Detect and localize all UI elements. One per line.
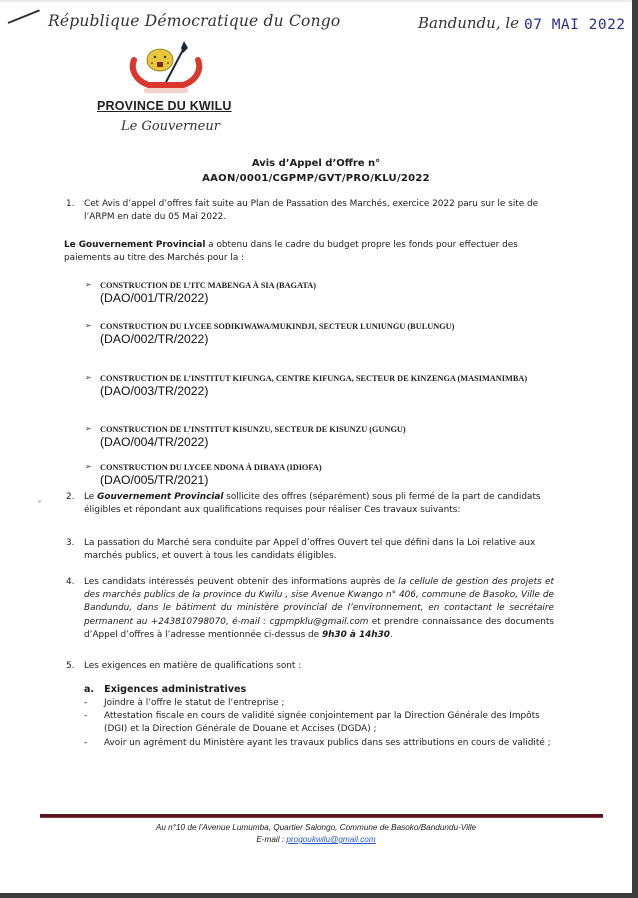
- section-1-text: Cet Avis d’appel d’offres fait suite au …: [84, 198, 554, 224]
- lot-reference: (DAO/005/TR/2021): [100, 473, 540, 488]
- section-5-text: Les exigences en matière de qualificatio…: [84, 660, 554, 673]
- lot-reference: (DAO/001/TR/2022): [100, 291, 540, 306]
- scan-speck: [38, 500, 41, 503]
- province-heading: PROVINCE DU KWILU: [97, 99, 232, 113]
- lot-item: ➢ CONSTRUCTION DU LYCEE SODIKIWAWA/MUKIN…: [100, 321, 540, 347]
- lot-reference: (DAO/002/TR/2022): [100, 332, 540, 347]
- republic-heading: République Démocratique du Congo: [48, 12, 340, 30]
- requirements-list: -Joindre à l’offre le statut de l’entrep…: [84, 697, 564, 750]
- section-4-end: .: [390, 630, 393, 640]
- lot-item: ➢ CONSTRUCTION DU LYCEE NDONA à DIBAYA (…: [100, 462, 540, 488]
- arrow-bullet-icon: ➢: [85, 424, 92, 433]
- office-hours: 9h30 à 14h30: [322, 630, 390, 640]
- viewer-frame-right: [632, 0, 638, 898]
- date-stamp: 07 MAI 2022: [524, 17, 626, 33]
- section-number: 2.: [66, 491, 74, 504]
- section-2-text: Le Gouvernement Provincial sollicite des…: [84, 491, 554, 517]
- arrow-bullet-icon: ➢: [85, 373, 92, 382]
- subsection-label: a.: [84, 684, 94, 695]
- section-2-subject: Gouvernement Provincial: [97, 492, 223, 502]
- place-label: Bandundu, le: [418, 14, 519, 32]
- subsection-title: Exigences administratives: [104, 684, 246, 695]
- section-4-text: Les candidats intéressés peuvent obtenir…: [84, 576, 554, 642]
- arrow-bullet-icon: ➢: [85, 462, 92, 471]
- lot-title: CONSTRUCTION DE L’INSTITUT KIFUNGA, CENT…: [100, 373, 540, 384]
- requirement-text: Avoir un agrément du Ministère ayant les…: [104, 738, 551, 748]
- footer-divider: [40, 814, 603, 817]
- subsection-heading: a. Exigences administratives: [84, 684, 246, 695]
- dash-bullet-icon: -: [84, 737, 87, 750]
- page-top-edge: [0, 0, 632, 2]
- footer-email-link[interactable]: progoukwilu@gmail.com: [286, 835, 375, 844]
- lot-title: CONSTRUCTION DU LYCEE SODIKIWAWA/MUKINDJ…: [100, 321, 540, 332]
- section-number: 5.: [66, 660, 74, 673]
- dash-bullet-icon: -: [84, 710, 87, 723]
- requirement-text: Attestation fiscale en cours de validité…: [104, 711, 540, 734]
- letterhead-footer: Au n°10 de l’Avenue Lumumba, Quartier Sa…: [0, 822, 632, 846]
- section-number: 1.: [66, 198, 74, 211]
- footer-email-line: E-mail : progoukwilu@gmail.com: [0, 834, 632, 846]
- lot-title: CONSTRUCTION DE L’ITC MABENGA à SIA (BAG…: [100, 280, 540, 291]
- section-number: 3.: [66, 537, 74, 550]
- list-item: -Attestation fiscale en cours de validit…: [84, 710, 564, 736]
- section-3-text: La passation du Marché sera conduite par…: [84, 537, 554, 563]
- arrow-bullet-icon: ➢: [85, 321, 92, 330]
- section-4-pre: Les candidats intéressés peuvent obtenir…: [84, 577, 398, 587]
- lot-title: CONSTRUCTION DU LYCEE NDONA à DIBAYA (ID…: [100, 462, 540, 473]
- drc-coat-of-arms-icon: [126, 38, 206, 94]
- section-number: 4.: [66, 576, 74, 589]
- list-item: -Joindre à l’offre le statut de l’entrep…: [84, 697, 564, 710]
- funding-intro: Le Gouvernement Provincial a obtenu dans…: [64, 239, 556, 265]
- section-2-pre: Le: [84, 492, 97, 502]
- lot-item: ➢ CONSTRUCTION DE L’INSTITUT KISUNZU, SE…: [100, 424, 540, 450]
- lot-reference: (DAO/003/TR/2022): [100, 384, 540, 399]
- notice-reference: AAON/0001/CGPMP/GVT/PRO/KLU/2022: [0, 171, 632, 186]
- dash-bullet-icon: -: [84, 697, 87, 710]
- lot-item: ➢ CONSTRUCTION DE L’ITC MABENGA à SIA (B…: [100, 280, 540, 306]
- footer-address: Au n°10 de l’Avenue Lumumba, Quartier Sa…: [0, 822, 632, 834]
- signatory-title: Le Gouverneur: [121, 119, 220, 134]
- list-item: -Avoir un agrément du Ministère ayant le…: [84, 737, 564, 750]
- requirement-text: Joindre à l’offre le statut de l’entrepr…: [104, 698, 284, 708]
- arrow-bullet-icon: ➢: [85, 280, 92, 289]
- lot-title: CONSTRUCTION DE L’INSTITUT KISUNZU, SECT…: [100, 424, 540, 435]
- lot-reference: (DAO/004/TR/2022): [100, 435, 540, 450]
- notice-title-line: Avis d’Appel d’Offre n°: [0, 156, 632, 171]
- notice-title: Avis d’Appel d’Offre n° AAON/0001/CGPMP/…: [0, 156, 632, 186]
- intro-subject: Le Gouvernement Provincial: [64, 240, 205, 250]
- lot-item: ➢ CONSTRUCTION DE L’INSTITUT KIFUNGA, CE…: [100, 373, 540, 399]
- pen-stroke-mark: [8, 9, 40, 24]
- footer-email-label: E-mail :: [256, 835, 286, 844]
- viewer-frame-bottom: [0, 893, 638, 898]
